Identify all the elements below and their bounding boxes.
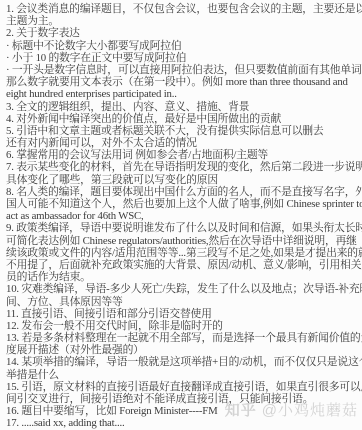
text-line: 主题为主。 [6,15,360,27]
text-line: 举措是什么 [6,369,360,381]
text-line: 7. 表示某些变化的材料，首先在导语指明发现的变化，然后第二段进一步说明 [6,161,360,173]
text-line: 5. 引语中和文章主题或者标题关联不大，没有提供实际信息可以删去 [6,125,360,137]
text-line: 11. 直接引语、间接引语和部分引语交替使用 [6,308,360,320]
text-line: 14. 某项举措的编译，导语一般就是这项举措+目的/动机，而不仅仅只是说这个 [6,356,360,368]
text-line: 10. 灾难类编译，导语-多少人死亡/失踪，发生了什么以及地点；次导语-补充时 [6,283,360,295]
text-line: 4. 对外新闻中编译突出的价值点，最好是中国所做出的贡献 [6,113,360,125]
text-line: 15. 引语，原文材料的直接引语最好直接翻译成直接引语，如果直引很多可以用 [6,381,360,393]
notes-text-block: 1. 会议类消息的编译题目，不仅包含会议，也要包含会议的主题，主要还是以主题为主… [6,3,360,430]
text-line: 还有对内新闻可以，对外不太合适的情况 [6,137,360,149]
text-line: 13. 若是多条材料整理在一起就不用全部写，而是选择一个最具有新闻价值的角 [6,332,360,344]
zhihu-logo-text: 知乎 [225,402,257,419]
text-line: 具体变化了哪些，第三段就可以写变化的原因 [6,174,360,186]
document-page: 1. 会议类消息的编译题目，不仅包含会议，也要包含会议的主题，主要还是以主题为主… [0,0,362,430]
text-line: · 小于 10 的数字在正文中要写成阿拉伯 [6,52,360,64]
text-line: 员的话作为结束。 [6,271,360,283]
text-line: 1. 会议类消息的编译题目，不仅包含会议，也要包含会议的主题，主要还是以 [6,3,360,15]
watermark-handle: @小鸡炖蘑菇 [262,402,358,419]
text-line: 度展开描述（对外性最强的） [6,344,360,356]
text-line: 6. 掌握常用的会议写法用词 例如参会者/占地面积/主题等 [6,149,360,161]
text-line: 3. 全文的逻辑组织，提出、内容、意义、措施、背景 [6,101,360,113]
text-line: 9. 政策类编译，导语中要说明谁发布了什么以及时间和信源，如果头衔太长时 [6,222,360,234]
text-line: 续该政策或文件的内容/适用范围等等...第三段写不足之处,如果是才提出来的就 [6,247,360,259]
text-line: 间、方位、具体原因等等 [6,296,360,308]
text-line: 那么数字就要用文本表示（在第一段中）。例如 more than three th… [6,76,360,88]
text-line: · 标题中不论数字大小都要写成阿拉伯 [6,40,360,52]
text-line: · 一开头是数字信息时，可以直接用阿拉伯表达，但只要数值前面有其他单词， [6,64,360,76]
text-line: 12. 发布会一般不用交代时间，除非是临时开的 [6,320,360,332]
text-line: eight hundred enterprises participated i… [6,88,360,100]
text-line: 2. 关于数字表达 [6,27,360,39]
zhihu-watermark: 知乎@小鸡炖蘑菇 [225,399,358,420]
text-line: 不用提了，后面就补充政策实施的大背景、原因/动机、意义/影响，引用相关人 [6,259,360,271]
text-line: 8. 名人类的编译，题目要体现出中国什么方面的名人，而不是直接写名字，外 [6,186,360,198]
text-line: 可简化表达例如 Chinese regulators/authorities,然… [6,235,360,247]
text-line: 国人可能不知道这个人，然后也要加上这个人做了啥事,例如 Chinese spri… [6,198,360,210]
text-line: act as ambassador for 46th WSC, [6,210,360,222]
